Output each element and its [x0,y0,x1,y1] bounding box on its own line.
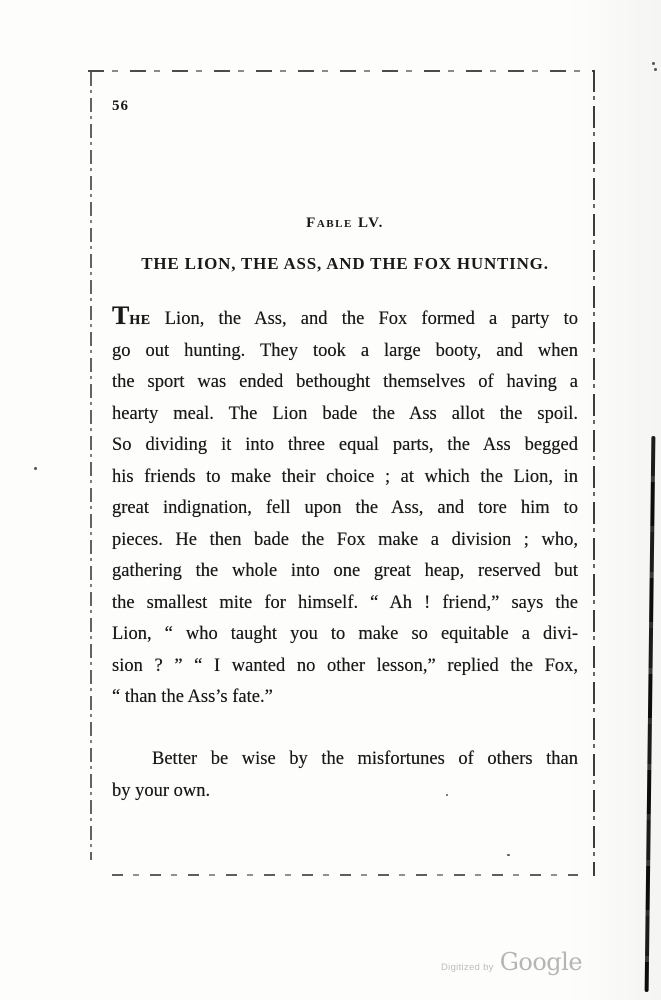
page-number: 56 [112,98,129,115]
book-edge-shadow-line [645,436,656,992]
scan-speck [652,62,655,65]
scan-speck [654,68,657,71]
moral-paragraph: Better be wise by the misfortunes of oth… [112,744,578,807]
frame-right-line [593,70,595,876]
fable-body-paragraph: THE Lion, the Ass, and the Fox formed a … [112,304,578,714]
body-line: sion ? ” “ I wanted no other lesson,” re… [112,651,578,683]
frame-left-line [90,72,92,860]
moral-line: by your own. [112,776,578,808]
body-line-first: THE Lion, the Ass, and the Fox formed a … [112,304,578,336]
lead-smallcaps: HE [129,313,150,328]
frame-bottom-dashed-line [112,874,578,876]
fable-heading: Fable LV. [112,215,578,232]
body-line: the sport was ended bethought themselves… [112,367,578,399]
scan-speck [507,854,510,856]
body-line: Lion, “ who taught you to make so equita… [112,619,578,651]
lead-initial: T [112,301,129,330]
moral-line: Better be wise by the misfortunes of oth… [112,744,578,776]
body-line: pieces. He then bade the Fox make a divi… [112,525,578,557]
body-line: the smallest mite for himself. “ Ah ! fr… [112,588,578,620]
google-logo: Google [500,948,582,976]
scanned-book-page: 56 Fable LV. THE LION, THE ASS, AND THE … [0,0,661,1000]
body-line: So dividing it into three equal parts, t… [112,430,578,462]
fable-title: THE LION, THE ASS, AND THE FOX HUNTING. [104,254,586,274]
digitized-by-google-watermark: Digitized by Google [441,948,582,976]
body-line: hearty meal. The Lion bade the Ass allot… [112,399,578,431]
scan-speck [34,467,37,470]
body-line: his friends to make their choice ; at wh… [112,462,578,494]
body-line-first-rest: Lion, the Ass, and the Fox formed a part… [151,309,578,329]
body-line: “ than the Ass’s fate.” [112,682,578,714]
body-line: gathering the whole into one great heap,… [112,556,578,588]
body-line: great indignation, fell upon the Ass, an… [112,493,578,525]
watermark-prefix-label: Digitized by [441,962,494,973]
body-line: go out hunting. They took a large booty,… [112,336,578,368]
frame-top-dashed-line [88,70,594,72]
